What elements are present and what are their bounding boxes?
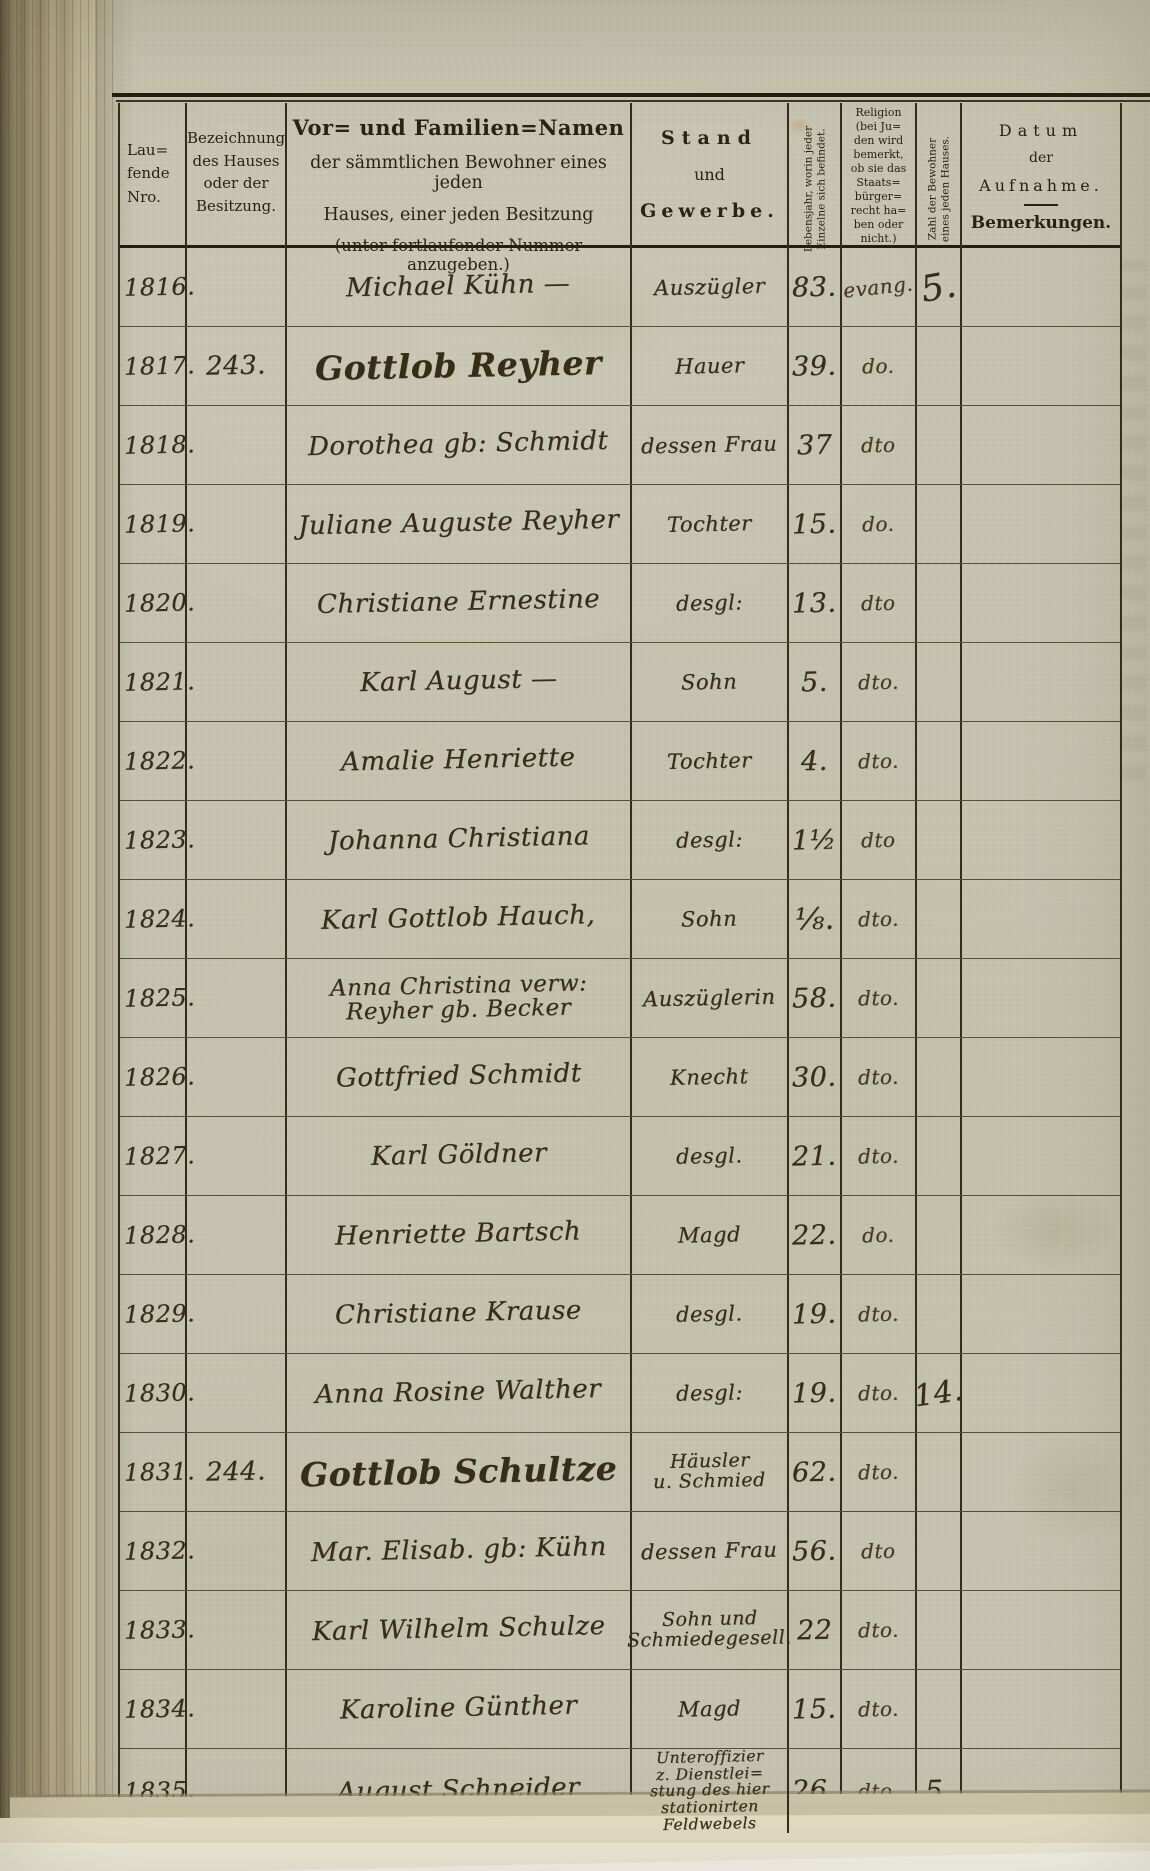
handwritten-entry: 1821. xyxy=(124,667,196,696)
handwritten-entry: Knecht xyxy=(670,1065,749,1089)
name-cell: Henriette Bartsch xyxy=(287,1196,632,1274)
header-line: der xyxy=(962,150,1120,166)
handwritten-entry: 56. xyxy=(792,1535,837,1567)
handwritten-entry: 1833. xyxy=(124,1615,196,1644)
inhabitants-count-cell xyxy=(917,643,962,721)
table-row: 1820. Christiane Ernestine desgl: 13. dt… xyxy=(120,564,1120,643)
row-number-cell: 1833. xyxy=(120,1591,187,1669)
handwritten-entry: u. Schmied xyxy=(653,1471,766,1493)
date-remarks-cell xyxy=(962,1117,1120,1195)
handwritten-entry: Feldwebels xyxy=(663,1815,757,1834)
date-remarks-cell xyxy=(962,880,1120,958)
occupation-cell: Häusleru. Schmied xyxy=(632,1433,789,1511)
inhabitants-count-cell xyxy=(917,1196,962,1274)
header-line: ben oder xyxy=(842,218,915,232)
row-number-cell: 1826. xyxy=(120,1038,187,1116)
date-remarks-cell xyxy=(962,1512,1120,1590)
date-remarks-cell xyxy=(962,248,1120,326)
handwritten-entry: 1826. xyxy=(124,1062,196,1091)
handwritten-entry: Gottlob Reyher xyxy=(315,346,602,387)
house-number-cell xyxy=(187,1512,287,1590)
table-row: 1817. 243. Gottlob Reyher Hauer 39. do. xyxy=(120,327,1120,406)
handwritten-entry: 22. xyxy=(792,1219,837,1251)
row-number-cell: 1816. xyxy=(120,248,187,326)
handwritten-entry: Auszüglerin xyxy=(643,986,776,1011)
date-remarks-cell xyxy=(962,1670,1120,1748)
handwritten-entry: Hauer xyxy=(675,354,745,377)
religion-cell: dto. xyxy=(842,1117,917,1195)
inhabitants-count-cell: 5. xyxy=(917,248,962,326)
header-line: eines jeden Hauses. xyxy=(939,120,952,258)
handwritten-entry: dto xyxy=(861,591,896,616)
religion-cell: do. xyxy=(842,485,917,563)
row-number-cell: 1824. xyxy=(120,880,187,958)
date-remarks-cell xyxy=(962,485,1120,563)
handwritten-entry: Reyher gb. Becker xyxy=(346,996,572,1025)
census-register-table: Lau= fende Nro. Bezeichnung des Hauses o… xyxy=(118,103,1122,1828)
date-remarks-cell xyxy=(962,801,1120,879)
inhabitants-count-cell xyxy=(917,1512,962,1590)
header-line: oder der xyxy=(187,172,285,195)
handwritten-entry: 13. xyxy=(792,587,837,619)
handwritten-entry: Karl Göldner xyxy=(370,1141,546,1172)
inhabitants-count-cell xyxy=(917,1038,962,1116)
handwritten-entry: 1817. xyxy=(124,351,196,380)
handwritten-entry: 58. xyxy=(792,982,837,1014)
handwritten-entry: dto. xyxy=(858,986,899,1011)
date-remarks-cell xyxy=(962,1591,1120,1669)
date-remarks-cell xyxy=(962,564,1120,642)
occupation-cell: desgl. xyxy=(632,1275,789,1353)
handwritten-entry: Michael Kühn — xyxy=(346,271,571,303)
occupation-cell: desgl: xyxy=(632,801,789,879)
date-remarks-cell xyxy=(962,1038,1120,1116)
handwritten-entry: 1819. xyxy=(124,509,196,538)
handwritten-entry: do. xyxy=(862,1223,895,1248)
header-line: der sämmtlichen Bewohner eines jeden xyxy=(287,153,630,193)
rotated-header-text: Zahl der Bewohner eines jeden Hauses. xyxy=(926,120,951,258)
inhabitants-count-cell xyxy=(917,564,962,642)
handwritten-entry: dto. xyxy=(858,1302,899,1327)
header-line: Datum xyxy=(962,121,1120,140)
header-line: recht ha= xyxy=(842,204,915,218)
inhabitants-count-cell xyxy=(917,880,962,958)
table-row: 1823. Johanna Christiana desgl: 1½ dto xyxy=(120,801,1120,880)
occupation-cell: Magd xyxy=(632,1196,789,1274)
date-remarks-cell xyxy=(962,643,1120,721)
age-cell: 15. xyxy=(789,485,842,563)
header-line: fende xyxy=(127,162,185,185)
occupation-cell: Tochter xyxy=(632,722,789,800)
house-number-cell xyxy=(187,1275,287,1353)
handwritten-entry: Dorothea gb: Schmidt xyxy=(308,428,609,462)
date-remarks-cell xyxy=(962,959,1120,1037)
religion-cell: dto. xyxy=(842,880,917,958)
handwritten-entry: 19. xyxy=(792,1298,837,1330)
age-cell: 62. xyxy=(789,1433,842,1511)
age-cell: 83. xyxy=(789,248,842,326)
religion-cell: dto xyxy=(842,801,917,879)
date-remarks-cell xyxy=(962,1275,1120,1353)
row-number-cell: 1821. xyxy=(120,643,187,721)
name-cell: Karl Göldner xyxy=(287,1117,632,1195)
handwritten-entry: Karl August — xyxy=(360,666,558,697)
age-cell: 37 xyxy=(789,406,842,484)
handwritten-entry: dto. xyxy=(858,907,899,932)
occupation-cell: desgl: xyxy=(632,564,789,642)
occupation-cell: desgl: xyxy=(632,1354,789,1432)
handwritten-entry: dto. xyxy=(858,1460,899,1485)
religion-cell: dto. xyxy=(842,1354,917,1432)
handwritten-entry: 5. xyxy=(801,666,828,698)
row-number-cell: 1832. xyxy=(120,1512,187,1590)
name-cell: Gottlob Reyher xyxy=(287,327,632,405)
religion-cell: dto. xyxy=(842,1038,917,1116)
occupation-cell: Tochter xyxy=(632,485,789,563)
row-number-cell: 1817. xyxy=(120,327,187,405)
religion-cell: dto. xyxy=(842,1275,917,1353)
handwritten-entry: 4. xyxy=(801,745,828,777)
age-cell: 19. xyxy=(789,1275,842,1353)
handwritten-entry: dto xyxy=(861,433,896,458)
header-line: Staats= xyxy=(842,176,915,190)
table-row: 1819. Juliane Auguste Reyher Tochter 15.… xyxy=(120,485,1120,564)
house-number-cell xyxy=(187,643,287,721)
occupation-cell: Auszügler xyxy=(632,248,789,326)
header-line: Zahl der Bewohner xyxy=(926,120,939,258)
handwritten-entry: dto. xyxy=(858,1697,899,1722)
table-row: 1821. Karl August — Sohn 5. dto. xyxy=(120,643,1120,722)
table-row: 1818. Dorothea gb: Schmidt dessen Frau 3… xyxy=(120,406,1120,485)
handwritten-entry: Gottfried Schmidt xyxy=(335,1061,581,1093)
occupation-cell: Hauer xyxy=(632,327,789,405)
handwritten-entry: 19. xyxy=(792,1377,837,1409)
table-header-row: Lau= fende Nro. Bezeichnung des Hauses o… xyxy=(120,103,1120,248)
handwritten-entry: 1824. xyxy=(124,904,196,933)
table-top-rule xyxy=(112,93,1150,97)
name-cell: Karl Wilhelm Schulze xyxy=(287,1591,632,1669)
table-row: 1822. Amalie Henriette Tochter 4. dto. xyxy=(120,722,1120,801)
house-number-cell xyxy=(187,1196,287,1274)
table-row: 1824. Karl Gottlob Hauch, Sohn ⅛. dto. xyxy=(120,880,1120,959)
religion-cell: dto. xyxy=(842,959,917,1037)
handwritten-entry: Tochter xyxy=(667,512,752,536)
name-cell: Michael Kühn — xyxy=(287,248,632,326)
inhabitants-count-cell xyxy=(917,1275,962,1353)
header-line: Gewerbe. xyxy=(632,200,787,222)
inhabitants-count-cell xyxy=(917,959,962,1037)
house-number-cell xyxy=(187,801,287,879)
handwritten-entry: Tochter xyxy=(667,749,752,773)
house-number-cell xyxy=(187,1038,287,1116)
table-row: 1833. Karl Wilhelm Schulze Sohn undSchmi… xyxy=(120,1591,1120,1670)
house-number-cell xyxy=(187,1591,287,1669)
handwritten-entry: 1829. xyxy=(124,1299,196,1328)
row-number-cell: 1831. xyxy=(120,1433,187,1511)
name-cell: Juliane Auguste Reyher xyxy=(287,485,632,563)
table-row: 1832. Mar. Elisab. gb: Kühn dessen Frau … xyxy=(120,1512,1120,1591)
handwritten-entry: 83. xyxy=(792,271,837,303)
handwritten-entry: Sohn xyxy=(681,907,738,930)
date-remarks-cell xyxy=(962,327,1120,405)
inhabitants-count-cell xyxy=(917,327,962,405)
table-row: 1825. Anna Christina verw:Reyher gb. Bec… xyxy=(120,959,1120,1038)
row-number-cell: 1834. xyxy=(120,1670,187,1748)
house-number-cell xyxy=(187,959,287,1037)
header-line: Vor= und Familien=Namen xyxy=(287,115,630,140)
row-number-cell: 1828. xyxy=(120,1196,187,1274)
header-line: Nro. xyxy=(127,186,185,209)
handwritten-entry: desgl. xyxy=(676,1144,743,1167)
age-cell: 15. xyxy=(789,1670,842,1748)
header-line: Besitzung. xyxy=(187,195,285,218)
handwritten-entry: 243. xyxy=(206,350,267,381)
handwritten-entry: dto. xyxy=(858,1144,899,1169)
handwritten-entry: Karoline Günther xyxy=(340,1693,578,1725)
handwritten-entry: desgl. xyxy=(676,1302,743,1325)
religion-cell: dto. xyxy=(842,722,917,800)
handwritten-entry: 244. xyxy=(206,1456,267,1487)
house-number-cell xyxy=(187,248,287,326)
name-cell: Amalie Henriette xyxy=(287,722,632,800)
date-remarks-cell xyxy=(962,1354,1120,1432)
inhabitants-count-cell xyxy=(917,1591,962,1669)
house-number-cell: 244. xyxy=(187,1433,287,1511)
handwritten-entry: 1834. xyxy=(124,1694,196,1723)
bottom-page-edges xyxy=(0,1788,1150,1871)
header-line: und xyxy=(632,165,787,184)
inhabitants-count-cell: 14. xyxy=(917,1354,962,1432)
handwritten-entry: 22 xyxy=(796,1614,832,1646)
religion-cell: dto xyxy=(842,406,917,484)
header-line: des Hauses xyxy=(187,150,285,173)
header-line: (bei Ju= xyxy=(842,120,915,134)
handwritten-entry: Christiane Krause xyxy=(335,1298,582,1330)
religion-cell: do. xyxy=(842,327,917,405)
handwritten-entry: desgl: xyxy=(676,591,743,614)
age-cell: 22 xyxy=(789,1591,842,1669)
house-number-cell xyxy=(187,1354,287,1432)
handwritten-entry: dto. xyxy=(858,670,899,695)
header-line: Religion xyxy=(842,106,915,120)
table-row: 1834. Karoline Günther Magd 15. dto. xyxy=(120,1670,1120,1749)
header-line: nicht.) xyxy=(842,232,915,246)
handwritten-entry: 15. xyxy=(792,1693,837,1725)
header-line: bürger= xyxy=(842,190,915,204)
handwritten-entry: 5. xyxy=(918,264,960,311)
handwritten-entry: 1½ xyxy=(792,824,837,856)
handwritten-entry: Amalie Henriette xyxy=(341,745,576,777)
religion-cell: dto. xyxy=(842,1670,917,1748)
handwritten-entry: dessen Frau xyxy=(641,433,778,458)
name-cell: Christiane Krause xyxy=(287,1275,632,1353)
handwritten-entry: dto xyxy=(861,828,896,853)
row-number-cell: 1819. xyxy=(120,485,187,563)
handwritten-entry: Henriette Bartsch xyxy=(335,1219,582,1251)
religion-cell: do. xyxy=(842,1196,917,1274)
handwritten-entry: dto. xyxy=(858,1065,899,1090)
handwritten-entry: desgl: xyxy=(676,828,743,851)
religion-cell: dto. xyxy=(842,643,917,721)
header-line: Lau= xyxy=(127,139,185,162)
age-cell: 5. xyxy=(789,643,842,721)
table-row: 1828. Henriette Bartsch Magd 22. do. xyxy=(120,1196,1120,1275)
house-number-cell: 243. xyxy=(187,327,287,405)
handwritten-entry: Magd xyxy=(678,1223,741,1246)
handwritten-entry: dto. xyxy=(858,1381,899,1406)
handwritten-entry: do. xyxy=(862,512,895,537)
handwritten-entry: 1820. xyxy=(124,588,196,617)
bleed-through-mark xyxy=(1120,260,1146,780)
header-line: Stand xyxy=(632,127,787,149)
header-line: bemerkt, xyxy=(842,148,915,162)
row-number-cell: 1823. xyxy=(120,801,187,879)
religion-cell: dto xyxy=(842,1512,917,1590)
handwritten-entry: dto. xyxy=(858,749,899,774)
religion-cell: evang. xyxy=(842,248,917,326)
row-number-cell: 1820. xyxy=(120,564,187,642)
age-cell: 21. xyxy=(789,1117,842,1195)
house-number-cell xyxy=(187,1117,287,1195)
handwritten-entry: 62. xyxy=(792,1456,837,1488)
handwritten-entry: 1832. xyxy=(124,1536,196,1565)
header-line: Aufnahme. xyxy=(962,176,1120,195)
row-number-cell: 1825. xyxy=(120,959,187,1037)
handwritten-entry: 1823. xyxy=(124,825,196,854)
name-cell: Anna Christina verw:Reyher gb. Becker xyxy=(287,959,632,1037)
row-number-cell: 1822. xyxy=(120,722,187,800)
handwritten-entry: Gottlob Schultze xyxy=(300,1451,618,1492)
table-body: 1816. Michael Kühn — Auszügler 83. evang… xyxy=(120,248,1120,1828)
name-cell: Gottlob Schultze xyxy=(287,1433,632,1511)
table-row: 1826. Gottfried Schmidt Knecht 30. dto. xyxy=(120,1038,1120,1117)
table-top-rule-inner xyxy=(116,100,1150,102)
occupation-cell: dessen Frau xyxy=(632,406,789,484)
row-number-cell: 1829. xyxy=(120,1275,187,1353)
scanned-register-page: Lau= fende Nro. Bezeichnung des Hauses o… xyxy=(0,0,1150,1871)
handwritten-entry: Mar. Elisab. gb: Kühn xyxy=(310,1534,606,1567)
house-number-cell xyxy=(187,564,287,642)
name-cell: Anna Rosine Walther xyxy=(287,1354,632,1432)
row-number-cell: 1827. xyxy=(120,1117,187,1195)
handwritten-entry: 1830. xyxy=(124,1378,196,1407)
handwritten-entry: 21. xyxy=(792,1140,837,1172)
religion-cell: dto. xyxy=(842,1591,917,1669)
name-cell: Karl August — xyxy=(287,643,632,721)
occupation-cell: dessen Frau xyxy=(632,1512,789,1590)
handwritten-entry: Sohn xyxy=(681,670,738,693)
handwritten-entry: 1828. xyxy=(124,1220,196,1249)
handwritten-entry: 1816. xyxy=(124,272,196,301)
house-number-cell xyxy=(187,406,287,484)
house-number-cell xyxy=(187,485,287,563)
header-line: Einzelne sich befindet. xyxy=(815,120,828,258)
handwritten-entry: 30. xyxy=(792,1061,837,1093)
occupation-cell: Auszüglerin xyxy=(632,959,789,1037)
age-cell: 39. xyxy=(789,327,842,405)
row-number-cell: 1830. xyxy=(120,1354,187,1432)
name-cell: Christiane Ernestine xyxy=(287,564,632,642)
name-cell: Gottfried Schmidt xyxy=(287,1038,632,1116)
inhabitants-count-cell xyxy=(917,1670,962,1748)
handwritten-entry: 1818. xyxy=(124,430,196,459)
occupation-cell: desgl. xyxy=(632,1117,789,1195)
header-line: Bezeichnung xyxy=(187,127,285,150)
table-row: 1827. Karl Göldner desgl. 21. dto. xyxy=(120,1117,1120,1196)
header-line: ob sie das xyxy=(842,162,915,176)
handwritten-entry: desgl: xyxy=(676,1381,743,1404)
header-line: Hauses, einer jeden Besitzung xyxy=(287,205,630,225)
handwritten-entry: 15. xyxy=(792,508,837,540)
handwritten-entry: Christiane Ernestine xyxy=(317,586,601,619)
occupation-cell: Magd xyxy=(632,1670,789,1748)
date-remarks-cell xyxy=(962,1196,1120,1274)
name-cell: Johanna Christiana xyxy=(287,801,632,879)
handwritten-entry: 1822. xyxy=(124,746,196,775)
occupation-cell: Sohn xyxy=(632,880,789,958)
handwritten-entry: dto. xyxy=(858,1618,899,1643)
header-line: Bemerkungen. xyxy=(962,213,1120,233)
handwritten-entry: do. xyxy=(862,354,895,379)
age-cell: ⅛. xyxy=(789,880,842,958)
house-number-cell xyxy=(187,722,287,800)
handwritten-entry: Schmiedegesell. xyxy=(627,1628,792,1651)
inhabitants-count-cell xyxy=(917,722,962,800)
age-cell: 30. xyxy=(789,1038,842,1116)
inhabitants-count-cell xyxy=(917,1433,962,1511)
handwritten-entry: 37 xyxy=(796,429,832,461)
age-cell: 1½ xyxy=(789,801,842,879)
handwritten-entry: evang. xyxy=(842,271,914,302)
date-remarks-cell xyxy=(962,406,1120,484)
name-cell: Mar. Elisab. gb: Kühn xyxy=(287,1512,632,1590)
occupation-cell: Knecht xyxy=(632,1038,789,1116)
handwritten-entry: Johanna Christiana xyxy=(327,824,589,857)
handwritten-entry: 1831. xyxy=(124,1457,196,1486)
handwritten-entry: Magd xyxy=(678,1697,741,1720)
inhabitants-count-cell xyxy=(917,485,962,563)
header-divider-rule xyxy=(1024,204,1058,206)
house-number-cell xyxy=(187,880,287,958)
handwritten-entry: 1825. xyxy=(124,983,196,1012)
age-cell: 56. xyxy=(789,1512,842,1590)
inhabitants-count-cell xyxy=(917,1117,962,1195)
table-row: 1816. Michael Kühn — Auszügler 83. evang… xyxy=(120,248,1120,327)
occupation-cell: Unteroffizierz. Dienstlei=stung des hier… xyxy=(632,1749,789,1833)
date-remarks-cell xyxy=(962,722,1120,800)
table-row: 1829. Christiane Krause desgl. 19. dto. xyxy=(120,1275,1120,1354)
handwritten-entry: 14. xyxy=(912,1372,966,1414)
header-line: den wird xyxy=(842,134,915,148)
inhabitants-count-cell xyxy=(917,801,962,879)
rotated-header-text: Lebensjahr, worin jeder Einzelne sich be… xyxy=(802,120,827,258)
table-row: 1830. Anna Rosine Walther desgl: 19. dto… xyxy=(120,1354,1120,1433)
age-cell: 13. xyxy=(789,564,842,642)
header-line: Lebensjahr, worin jeder xyxy=(802,120,815,258)
handwritten-entry: 39. xyxy=(792,350,837,382)
row-number-cell: 1818. xyxy=(120,406,187,484)
name-cell: Dorothea gb: Schmidt xyxy=(287,406,632,484)
age-cell: 19. xyxy=(789,1354,842,1432)
handwritten-entry: dto xyxy=(861,1539,896,1564)
handwritten-entry: Auszügler xyxy=(654,275,766,299)
name-cell: Karoline Günther xyxy=(287,1670,632,1748)
occupation-cell: Sohn undSchmiedegesell. xyxy=(632,1591,789,1669)
handwritten-entry: Juliane Auguste Reyher xyxy=(298,507,620,541)
date-remarks-cell xyxy=(962,1433,1120,1511)
inhabitants-count-cell xyxy=(917,406,962,484)
handwritten-entry: dessen Frau xyxy=(641,1539,778,1564)
